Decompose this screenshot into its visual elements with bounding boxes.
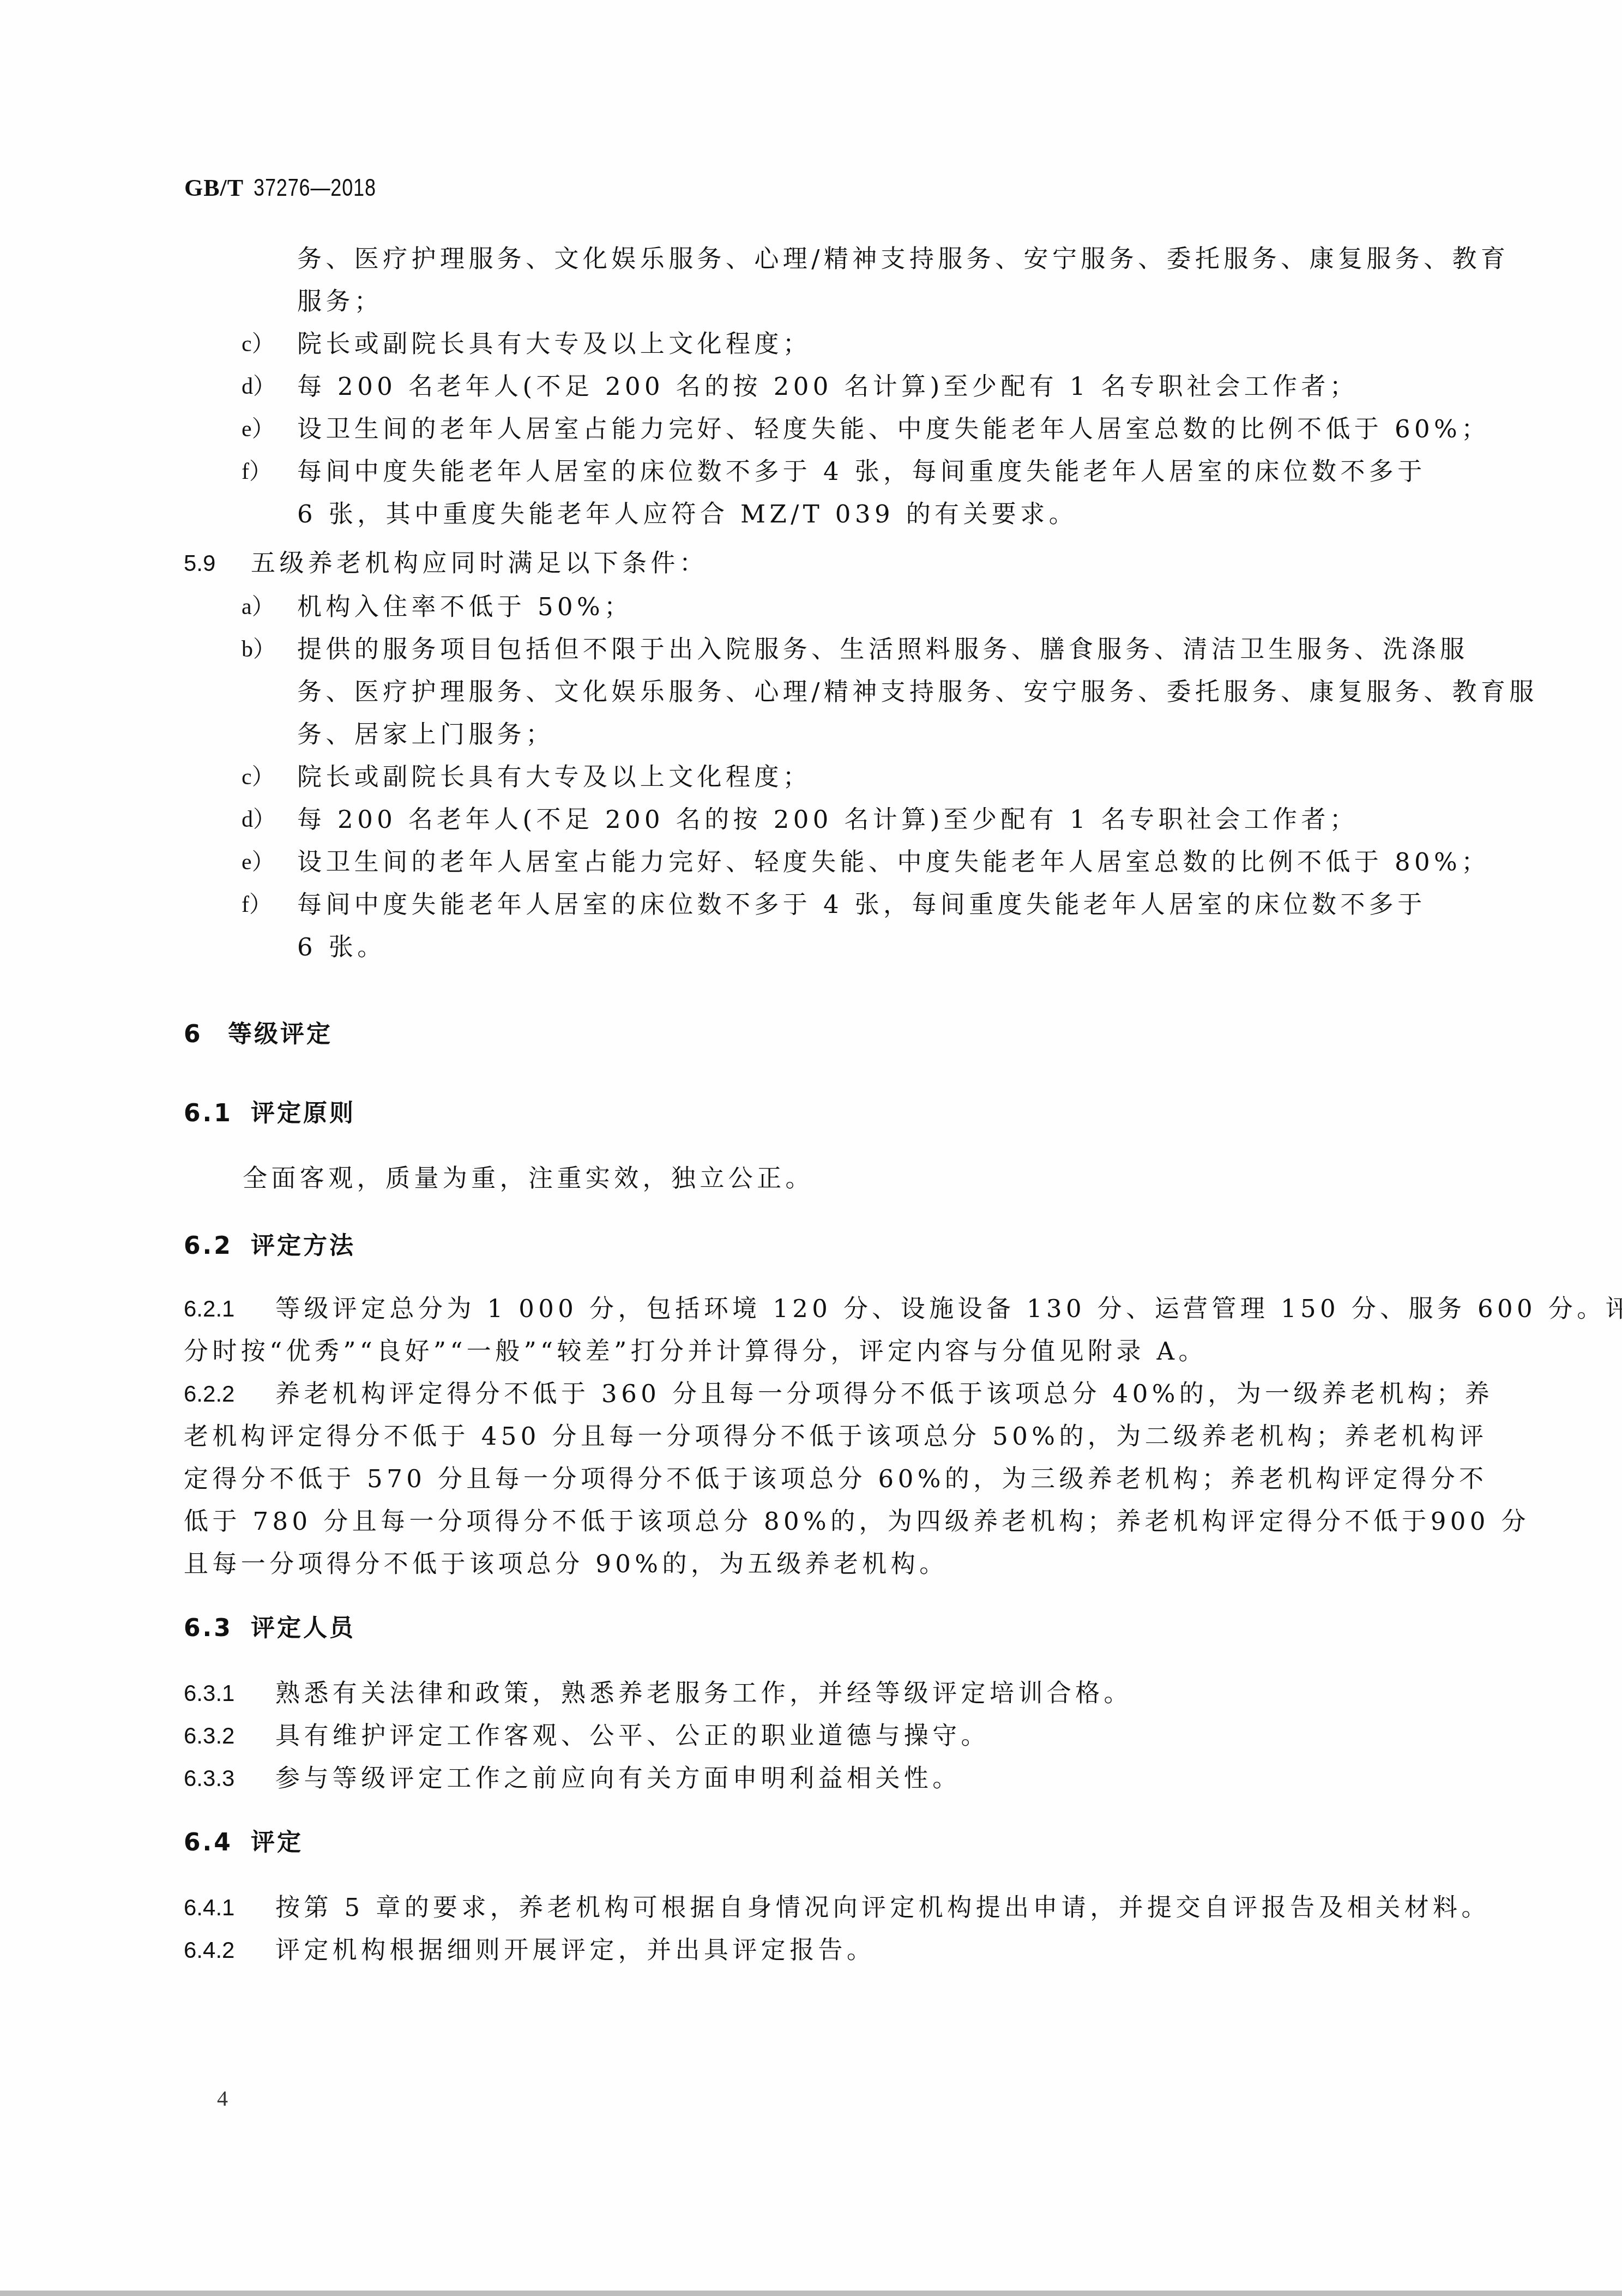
chapter-number: 6 (184, 1018, 203, 1051)
item-b-continuation-line-2: 服务； (297, 285, 383, 318)
list-item-text: 设卫生间的老年人居室占能力完好、轻度失能、中度失能老年人居室总数的比例不低于 6… (297, 412, 1490, 446)
item-label-e: e） (242, 845, 275, 879)
section-title: 评定原则 (251, 1097, 355, 1131)
clause-text: 五级养老机构应同时满足以下条件： (251, 546, 708, 580)
paragraph-text: 低于 780 分且每一分项得分不低于该项总分 80%的，为四级养老机构；养老机构… (184, 1505, 1530, 1538)
section-number: 6.3 (184, 1612, 233, 1645)
list-item-text: 机构入住率不低于 50%； (297, 590, 633, 624)
list-item-text: 每间中度失能老年人居室的床位数不多于 4 张，每间重度失能老年人居室的床位数不多… (297, 455, 1426, 489)
list-item-text: 每 200 名老年人(不足 200 名的按 200 名计算)至少配有 1 名专职… (297, 370, 1358, 404)
item-label-f: f） (242, 455, 272, 489)
item-label-b: b） (242, 633, 276, 666)
list-item-text: 务、居家上门服务； (297, 718, 554, 752)
clause-text: 熟悉有关法律和政策，熟悉养老服务工作，并经等级评定培训合格。 (275, 1676, 1132, 1710)
page-number: 4 (217, 2085, 228, 2112)
clause-number: 6.2.2 (184, 1377, 234, 1411)
section-title: 评定 (251, 1826, 303, 1860)
list-item-text: 6 张。 (297, 930, 386, 964)
item-label-a: a） (242, 590, 275, 624)
paragraph-text: 养老机构评定得分不低于 360 分且每一分项得分不低于该项总分 40%的，为一级… (275, 1377, 1493, 1411)
standard-header: GB/T37276—2018 (184, 171, 403, 205)
standard-code: GB/T (184, 175, 244, 201)
list-item-text: 院长或副院长具有大专及以上文化程度； (297, 327, 811, 361)
clause-text: 按第 5 章的要求，养老机构可根据自身情况向评定机构提出申请，并提交自评报告及相… (275, 1891, 1490, 1925)
clause-number: 6.3.2 (184, 1719, 234, 1753)
section-title: 评定人员 (251, 1612, 355, 1645)
list-item-text: 每 200 名老年人(不足 200 名的按 200 名计算)至少配有 1 名专职… (297, 803, 1358, 837)
clause-number: 6.3.1 (184, 1676, 234, 1710)
item-label-f: f） (242, 888, 272, 922)
section-number: 6.4 (184, 1826, 233, 1860)
item-label-c: c） (242, 327, 275, 361)
paragraph-text: 定得分不低于 570 分且每一分项得分不低于该项总分 60%的，为三级养老机构；… (184, 1462, 1487, 1496)
document-page: GB/T37276—2018 务、医疗护理服务、文化娱乐服务、心理/精神支持服务… (0, 0, 1622, 2291)
clause-number: 6.4.2 (184, 1933, 234, 1967)
section-title: 评定方法 (251, 1229, 355, 1263)
list-item-text: 提供的服务项目包括但不限于出入院服务、生活照料服务、膳食服务、清洁卫生服务、洗涤… (297, 633, 1468, 666)
list-item-text: 每间中度失能老年人居室的床位数不多于 4 张，每间重度失能老年人居室的床位数不多… (297, 888, 1426, 922)
clause-number: 6.4.1 (184, 1891, 234, 1925)
list-item-text: 设卫生间的老年人居室占能力完好、轻度失能、中度失能老年人居室总数的比例不低于 8… (297, 845, 1490, 879)
paragraph-text: 老机构评定得分不低于 450 分且每一分项得分不低于该项总分 50%的，为二级养… (184, 1420, 1487, 1453)
item-label-c: c） (242, 760, 275, 794)
list-item-text: 院长或副院长具有大专及以上文化程度； (297, 760, 811, 794)
paragraph-text: 且每一分项得分不低于该项总分 90%的，为五级养老机构。 (184, 1547, 948, 1581)
chapter-title: 等级评定 (228, 1018, 333, 1051)
item-label-d: d） (242, 370, 276, 404)
paragraph-text: 等级评定总分为 1 000 分，包括环境 120 分、设施设备 130 分、运营… (275, 1292, 1622, 1326)
clause-number: 6.3.3 (184, 1762, 234, 1795)
paragraph-text: 全面客观，质量为重，注重实效，独立公正。 (243, 1162, 814, 1195)
standard-number: 37276—2018 (254, 171, 376, 205)
section-number: 6.1 (184, 1097, 233, 1131)
clause-text: 评定机构根据细则开展评定，并出具评定报告。 (275, 1933, 875, 1967)
section-number: 6.2 (184, 1229, 233, 1263)
page-bottom-edge (0, 2291, 1622, 2296)
paragraph-text: 分时按“优秀”“良好”“一般”“较差”打分并计算得分，评定内容与分值见附录 A。 (184, 1335, 1207, 1368)
clause-text: 具有维护评定工作客观、公平、公正的职业道德与操守。 (275, 1719, 990, 1753)
clause-text: 参与等级评定工作之前应向有关方面申明利益相关性。 (275, 1762, 961, 1795)
list-item-text: 6 张，其中重度失能老年人应符合 MZ/T 039 的有关要求。 (297, 497, 1077, 531)
clause-number: 5.9 (184, 546, 215, 580)
item-b-continuation-line-1: 务、医疗护理服务、文化娱乐服务、心理/精神支持服务、安宁服务、委托服务、康复服务… (297, 242, 1509, 276)
item-label-e: e） (242, 412, 275, 446)
clause-number: 6.2.1 (184, 1292, 234, 1326)
list-item-text: 务、医疗护理服务、文化娱乐服务、心理/精神支持服务、安宁服务、委托服务、康复服务… (297, 675, 1538, 709)
item-label-d: d） (242, 803, 276, 837)
